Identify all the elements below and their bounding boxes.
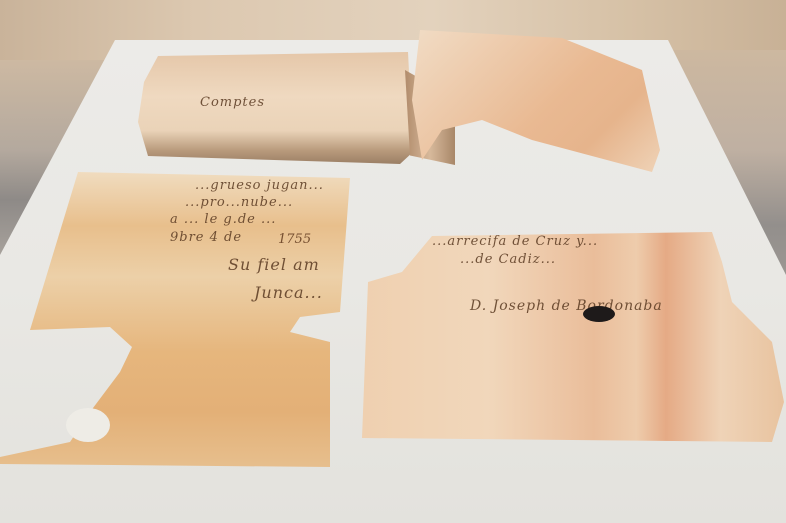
letter-left-line-1: ...grueso jugan... (195, 178, 324, 193)
letter-left-line-4: 9bre 4 de (170, 230, 242, 245)
wax-seal (583, 306, 615, 322)
letter-right-line-1: ...arrecifa de Cruz y... (432, 234, 598, 249)
letter-right-line-2: ...de Cadiz... (460, 252, 556, 267)
letter-left-signature: Junca... (254, 283, 323, 302)
letter-left-hole (66, 408, 110, 442)
display-case-photo: Comptes ...grueso jugan... ...pro...nube… (0, 0, 786, 523)
letter-left-closing: Su fiel am (228, 255, 320, 274)
letter-right (362, 232, 784, 442)
letter-left-line-3: a ... le g.de ... (170, 212, 276, 227)
notebook-text: Comptes (200, 95, 265, 110)
notebook-left-page (138, 52, 413, 164)
letter-right-address: D. Joseph de Bordonaba (470, 298, 663, 314)
letter-left-date: 1755 (278, 232, 311, 247)
letter-left-line-2: ...pro...nube... (185, 195, 293, 210)
